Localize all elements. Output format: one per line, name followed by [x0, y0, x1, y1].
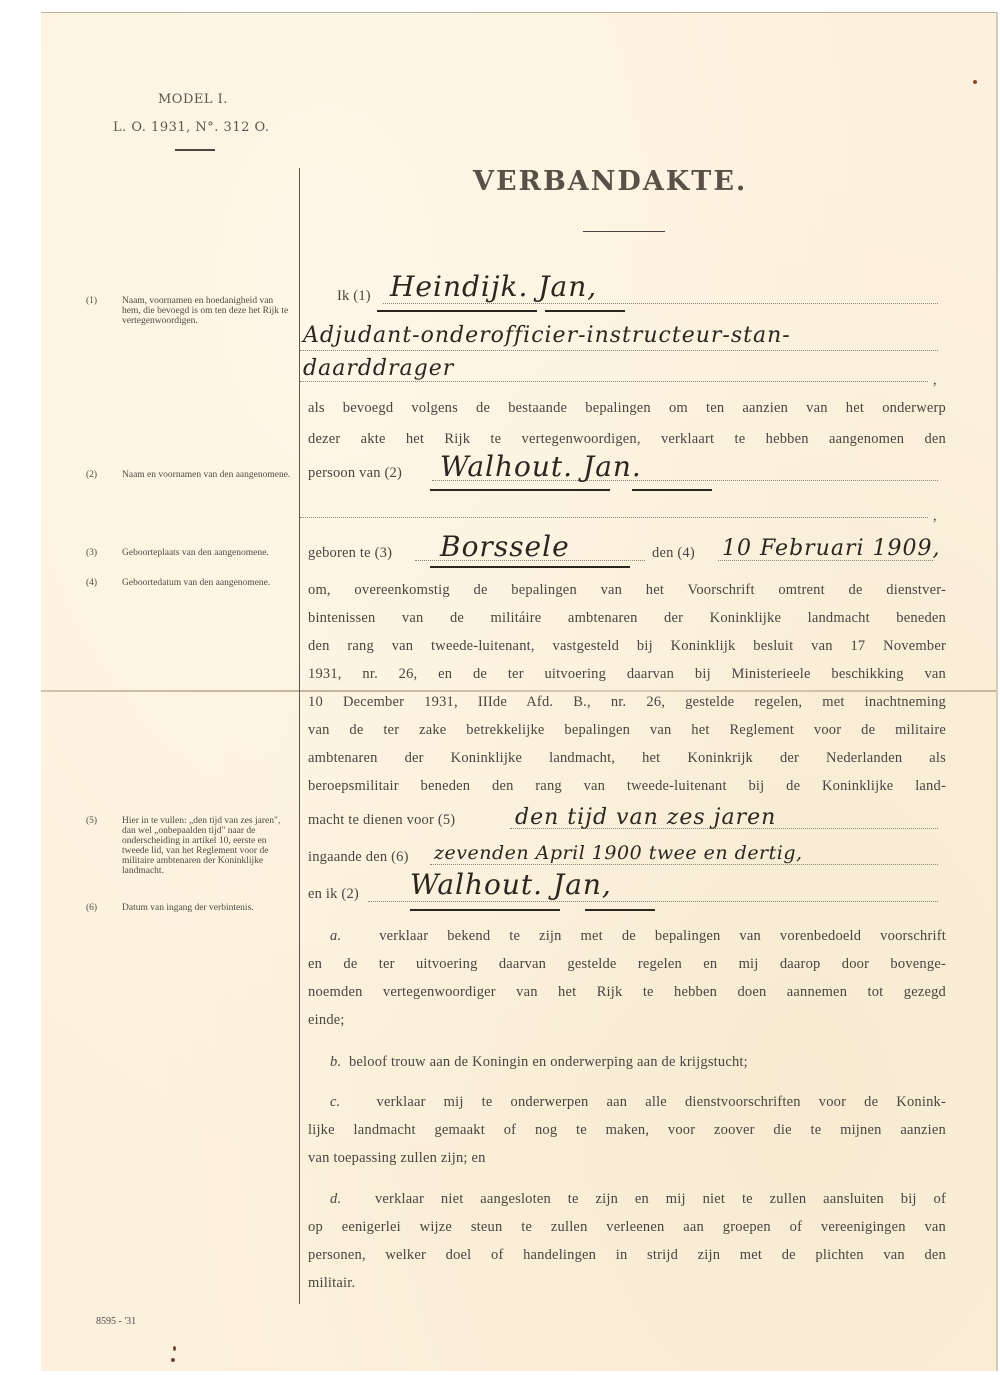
margin-note-3: (3)Geboorteplaats van den aangenomene. [104, 548, 294, 558]
paragraph-line: dezer akte het Rijk te vertegenwoordigen… [308, 431, 946, 448]
birthplace-field[interactable]: Borssele [440, 530, 570, 563]
signature-underline [585, 909, 655, 911]
document-page [41, 12, 998, 1371]
representative-name-field[interactable]: Heindijk. Jan, [390, 270, 597, 303]
header-rule [175, 149, 215, 151]
paragraph-line: ambtenaren der Koninklijke landmacht, he… [308, 750, 946, 767]
paragraph-line: 10 December 1931, IIIde Afd. B., nr. 26,… [308, 694, 946, 711]
clause-d-line: militair. [308, 1275, 355, 1292]
paragraph-line: 1931, nr. 26, en de ter uitvoering daarv… [308, 666, 946, 683]
paragraph-line: als bevoegd volgens de bestaande bepalin… [308, 400, 946, 417]
margin-note-1: (1)Naam, voornamen en hoedanigheid van h… [104, 296, 294, 326]
paragraph-line: beroepsmilitair beneden den rang van twe… [308, 778, 946, 795]
margin-note-4: (4)Geboortedatum van den aangenomene. [104, 578, 294, 588]
start-date-field[interactable]: zevenden April 1900 twee en dertig, [434, 842, 803, 864]
dotted-line [430, 864, 938, 865]
representative-rank-field-cont[interactable]: daarddrager [303, 356, 454, 381]
comma: , [933, 372, 937, 389]
clause-a-line: einde; [308, 1012, 345, 1029]
field-label-2: persoon van (2) [308, 465, 402, 482]
fold-crease [41, 690, 996, 692]
field-label-signer: en ik (2) [308, 886, 359, 903]
clause-c-line: lijke landmacht gemaakt of nog te maken,… [308, 1122, 946, 1139]
signature-underline [410, 909, 560, 911]
margin-note-2: (2)Naam en voornamen van den aangenomene… [104, 470, 294, 480]
margin-note-6: (6)Datum van ingang der verbintenis. [104, 903, 294, 913]
field-label-6: ingaande den (6) [308, 849, 409, 866]
term-field[interactable]: den tijd van zes jaren [515, 805, 776, 830]
signature-underline [377, 310, 537, 312]
paragraph-line: van de ter zake betrekkelijke bepalingen… [308, 722, 946, 739]
dotted-line [300, 350, 938, 351]
person-name-field[interactable]: Walhout. Jan. [440, 450, 642, 483]
representative-rank-field[interactable]: Adjudant-onderofficier-instructeur-stan- [303, 323, 791, 348]
clause-d-line: op eenigerlei wijze steun te zullen verl… [308, 1219, 946, 1236]
paragraph-line: den rang van tweede-luitenant, vastgeste… [308, 638, 946, 655]
clause-a-line: en de ter uitvoering daarvan gestelde re… [308, 956, 946, 973]
dotted-line [383, 303, 938, 304]
paragraph-line: bintenissen van de militáire ambtenaren … [308, 610, 946, 627]
signature-underline [430, 489, 610, 491]
dotted-line [368, 901, 938, 902]
clause-a-line: noemden vertegenwoordiger van het Rijk t… [308, 984, 946, 1001]
clause-c-line: van toepassing zullen zijn; en [308, 1150, 486, 1167]
signature-underline [545, 310, 625, 312]
margin-note-5: (5)Hier in te vullen: „den tijd van zes … [104, 816, 294, 876]
paragraph-line: om, overeenkomstig de bepalingen van het… [308, 582, 946, 599]
signer-name-field[interactable]: Walhout. Jan, [410, 868, 612, 901]
birthdate-field[interactable]: 10 Februari 1909, [722, 536, 940, 561]
ink-speck [171, 1358, 175, 1362]
print-code: 8595 - '31 [96, 1316, 136, 1327]
ink-speck [173, 1346, 176, 1351]
comma: , [933, 508, 937, 525]
ink-speck [973, 80, 977, 84]
dotted-line [300, 517, 928, 518]
reference-number: L. O. 1931, N°. 312 O. [113, 120, 270, 135]
signature-underline [430, 566, 630, 568]
clause-d-line: personen, welker doel of handelingen in … [308, 1247, 946, 1264]
column-divider [299, 168, 300, 1304]
dotted-line [300, 381, 928, 382]
field-label-1: Ik (1) [337, 288, 371, 305]
signature-underline [632, 489, 712, 491]
title-rule [583, 231, 665, 232]
clause-b-line: b. beloof trouw aan de Koningin en onder… [330, 1054, 748, 1071]
clause-a-line: a. verklaar bekend te zijn met de bepali… [330, 928, 946, 945]
field-label-5: macht te dienen voor (5) [308, 812, 455, 829]
clause-d-line: d. verklaar niet aangesloten te zijn en … [330, 1191, 946, 1208]
clause-c-line: c. verklaar mij te onderwerpen aan alle … [330, 1094, 946, 1111]
model-label: MODEL I. [158, 92, 228, 107]
field-label-4: den (4) [652, 545, 695, 562]
field-label-3: geboren te (3) [308, 545, 392, 562]
page-title: VERBANDAKTE. [473, 166, 747, 197]
